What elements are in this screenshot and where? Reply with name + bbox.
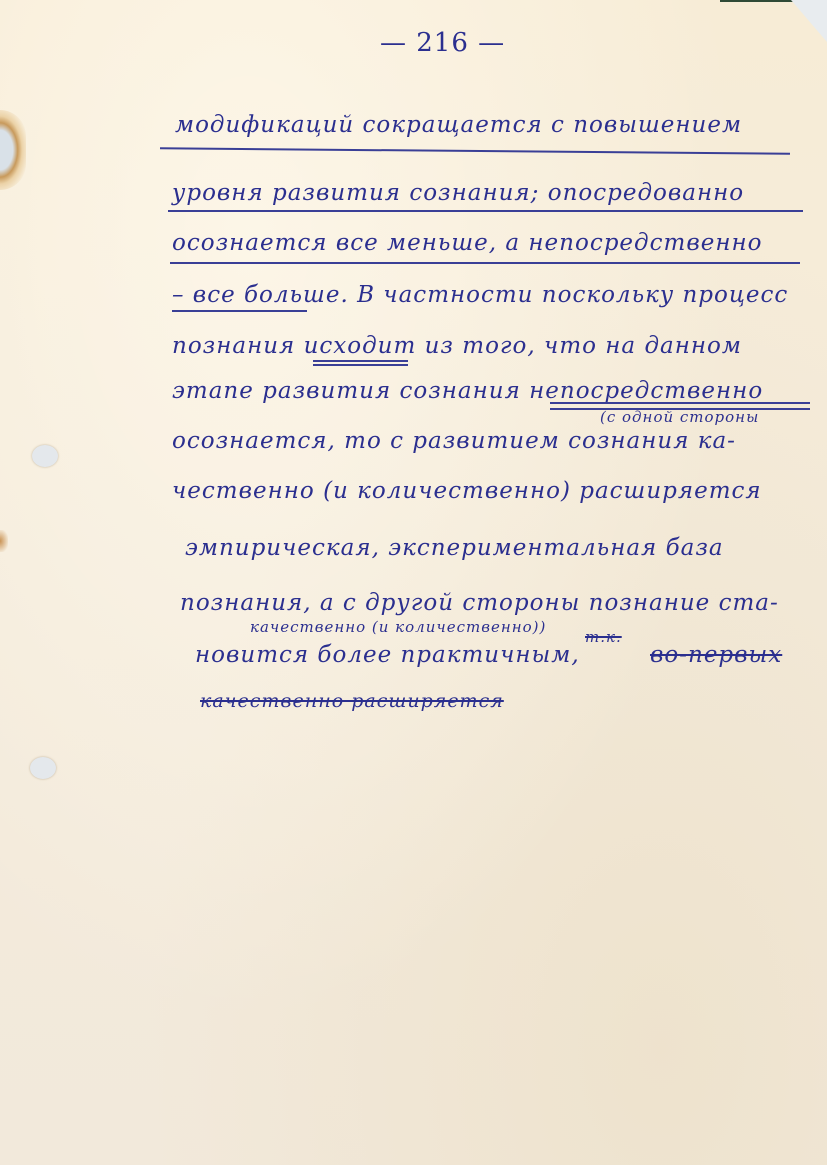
- text-line: модификаций сокращается с повышением: [175, 112, 742, 138]
- manuscript-page: — 216 — модификаций сокращается с повыше…: [0, 0, 827, 1165]
- page-number: — 216 —: [380, 28, 505, 58]
- text-line: – все больше. В частности поскольку проц…: [172, 282, 788, 308]
- text-line: эмпирическая, экспериментальная база: [185, 535, 724, 561]
- underline: [160, 147, 790, 154]
- underline: [313, 364, 408, 366]
- text-line: чественно (и количественно) расширяется: [172, 478, 762, 504]
- punch-hole: [32, 445, 58, 467]
- insertion-text: качественно (и количественно)): [250, 618, 546, 636]
- struck-text: т.к.: [585, 628, 622, 646]
- text-line: этапе развития сознания непосредственно: [172, 378, 763, 404]
- struck-text: качественно расширяется: [200, 690, 504, 712]
- paper-stain: [0, 530, 8, 552]
- underline: [168, 210, 803, 212]
- text-line: уровня развития сознания; опосредованно: [172, 180, 744, 206]
- text-line: познания исходит из того, что на данном: [172, 333, 742, 359]
- cut-corner: [791, 0, 827, 42]
- underline: [170, 262, 800, 264]
- text-line: познания, а с другой стороны познание ст…: [180, 590, 779, 616]
- text-line: новится более практичным,: [195, 642, 580, 668]
- insertion-text: (с одной стороны: [600, 408, 759, 426]
- underline: [172, 310, 307, 312]
- torn-punch-hole: [0, 110, 26, 190]
- underline: [550, 402, 810, 404]
- text-line: осознается все меньше, а непосредственно: [172, 230, 762, 256]
- text-line: осознается, то с развитием сознания ка-: [172, 428, 736, 454]
- underline: [313, 360, 408, 362]
- struck-text: во-первых: [650, 642, 782, 668]
- punch-hole: [30, 757, 56, 779]
- scan-edge: [720, 0, 795, 2]
